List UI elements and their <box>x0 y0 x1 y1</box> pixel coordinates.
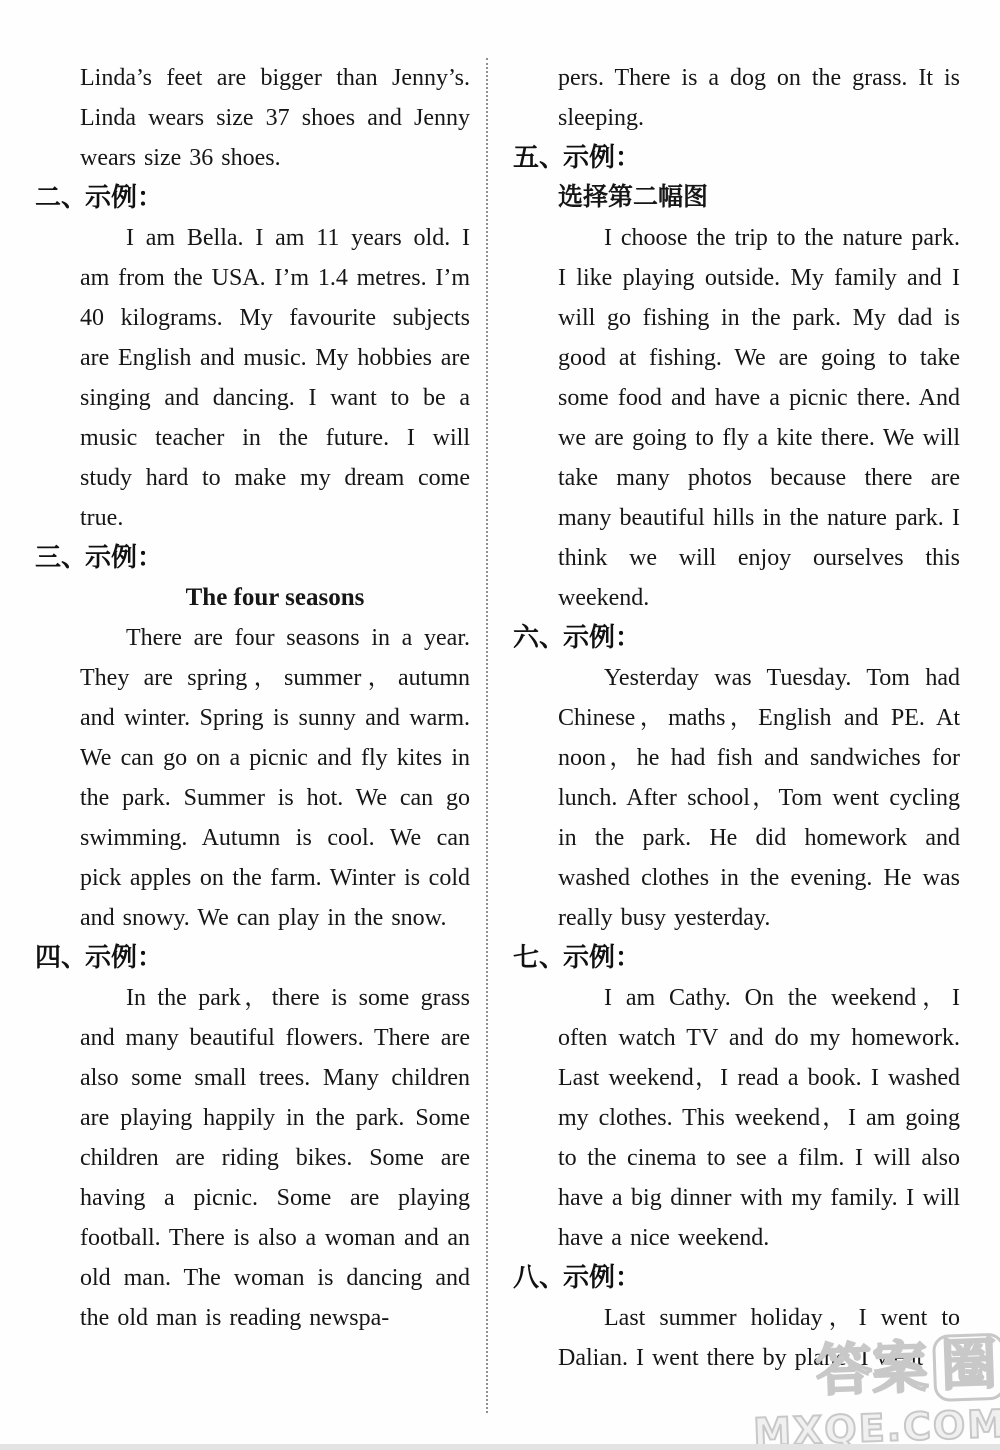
scanned-answer-page: Linda’s feet are bigger than Jenny’s. Li… <box>0 0 1000 1450</box>
paragraph: Last summer holiday，I went to Dalian. I … <box>558 1298 960 1378</box>
section-number: 五、 <box>513 138 563 178</box>
section-heading-7: 七、 示例： <box>513 938 960 978</box>
paragraph: Yesterday was Tuesday. Tom had Chinese，m… <box>558 658 960 938</box>
section-heading-5: 五、 示例： <box>513 138 960 178</box>
section-heading-2: 二、 示例： <box>35 178 470 218</box>
paragraph: There are four seasons in a year. They a… <box>80 618 470 938</box>
section-label: 示例： <box>85 538 163 578</box>
section-label: 示例： <box>563 1258 641 1298</box>
section-number: 七、 <box>513 938 563 978</box>
paragraph: I am Cathy. On the weekend，I often watch… <box>558 978 960 1258</box>
section-number: 四、 <box>35 938 85 978</box>
paragraph-continuation: pers. There is a dog on the grass. It is… <box>558 58 960 138</box>
section-label: 示例： <box>563 138 641 178</box>
answer-choice-note: 选择第二幅图 <box>558 178 960 218</box>
watermark-site-url: MXQE.COM <box>753 1402 1000 1450</box>
paragraph: I am Bella. I am 11 years old. I am from… <box>80 218 470 538</box>
section-heading-4: 四、 示例： <box>35 938 470 978</box>
section-label: 示例： <box>85 938 163 978</box>
paragraph: In the park，there is some grass and many… <box>80 978 470 1338</box>
section-number: 六、 <box>513 618 563 658</box>
section-heading-8: 八、 示例： <box>513 1258 960 1298</box>
section-number: 三、 <box>35 538 85 578</box>
right-column: pers. There is a dog on the grass. It is… <box>513 58 960 1378</box>
section-number: 八、 <box>513 1258 563 1298</box>
paragraph: I choose the trip to the nature park. I … <box>558 218 960 618</box>
section-label: 示例： <box>85 178 163 218</box>
section-number: 二、 <box>35 178 85 218</box>
scan-bottom-edge <box>0 1444 1000 1450</box>
section-label: 示例： <box>563 938 641 978</box>
section-heading-3: 三、 示例： <box>35 538 470 578</box>
paragraph-continuation: Linda’s feet are bigger than Jenny’s. Li… <box>80 58 470 178</box>
section-heading-6: 六、 示例： <box>513 618 960 658</box>
left-column: Linda’s feet are bigger than Jenny’s. Li… <box>35 58 470 1338</box>
essay-title: The four seasons <box>80 578 470 618</box>
column-divider <box>486 58 488 1413</box>
section-label: 示例： <box>563 618 641 658</box>
